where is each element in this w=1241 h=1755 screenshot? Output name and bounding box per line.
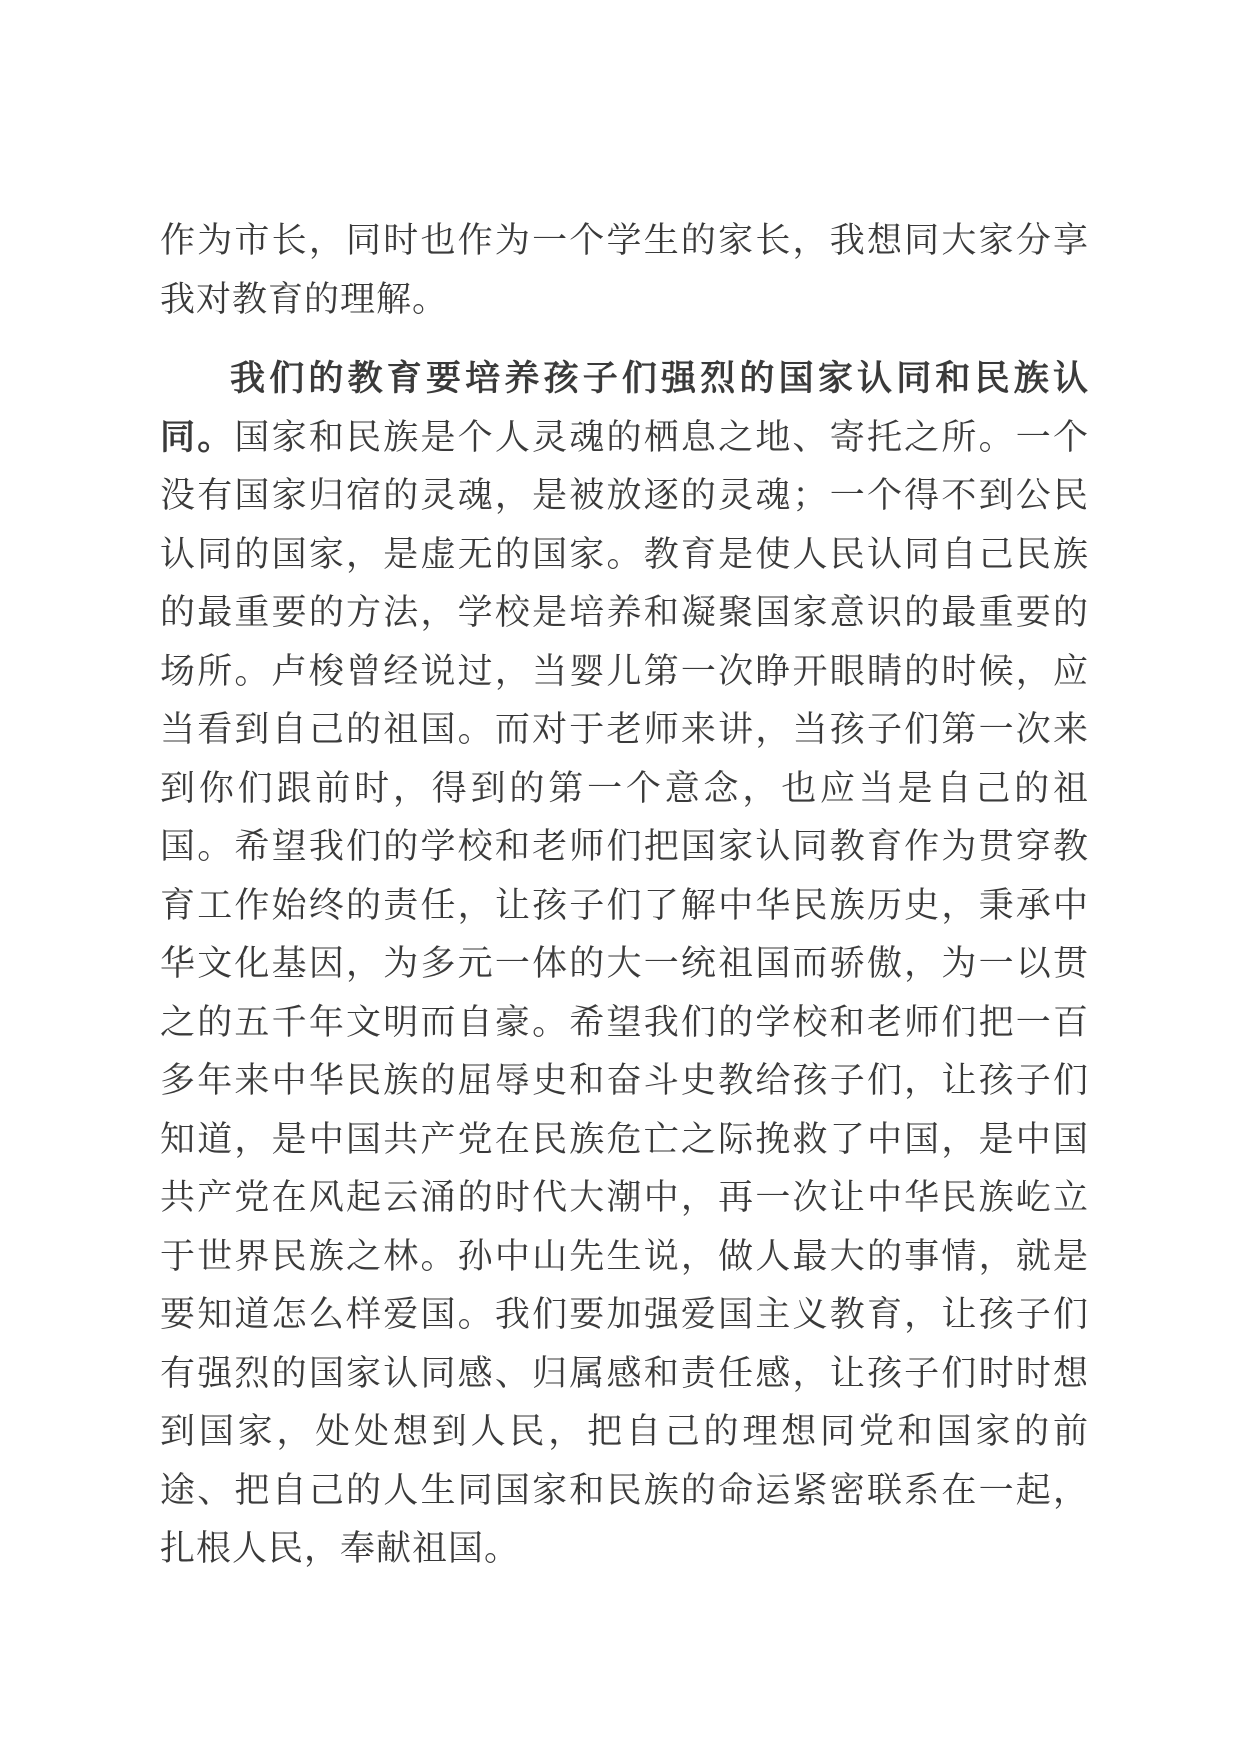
- paragraph: 我们的教育要培养孩子们强烈的国家认同和民族认同。国家和民族是个人灵魂的栖息之地、…: [160, 350, 1089, 1579]
- document-body: 作为市长，同时也作为一个学生的家长，我想同大家分享我对教育的理解。我们的教育要培…: [160, 212, 1089, 1579]
- text-segment: 作为市长，同时也作为一个学生的家长，我想同大家分享我对教育的理解。: [160, 221, 1089, 319]
- document-page: 作为市长，同时也作为一个学生的家长，我想同大家分享我对教育的理解。我们的教育要培…: [0, 0, 1241, 1755]
- paragraph: 作为市长，同时也作为一个学生的家长，我想同大家分享我对教育的理解。: [160, 212, 1089, 329]
- text-segment: 国家和民族是个人灵魂的栖息之地、寄托之所。一个没有国家归宿的灵魂，是被放逐的灵魂…: [160, 418, 1089, 1569]
